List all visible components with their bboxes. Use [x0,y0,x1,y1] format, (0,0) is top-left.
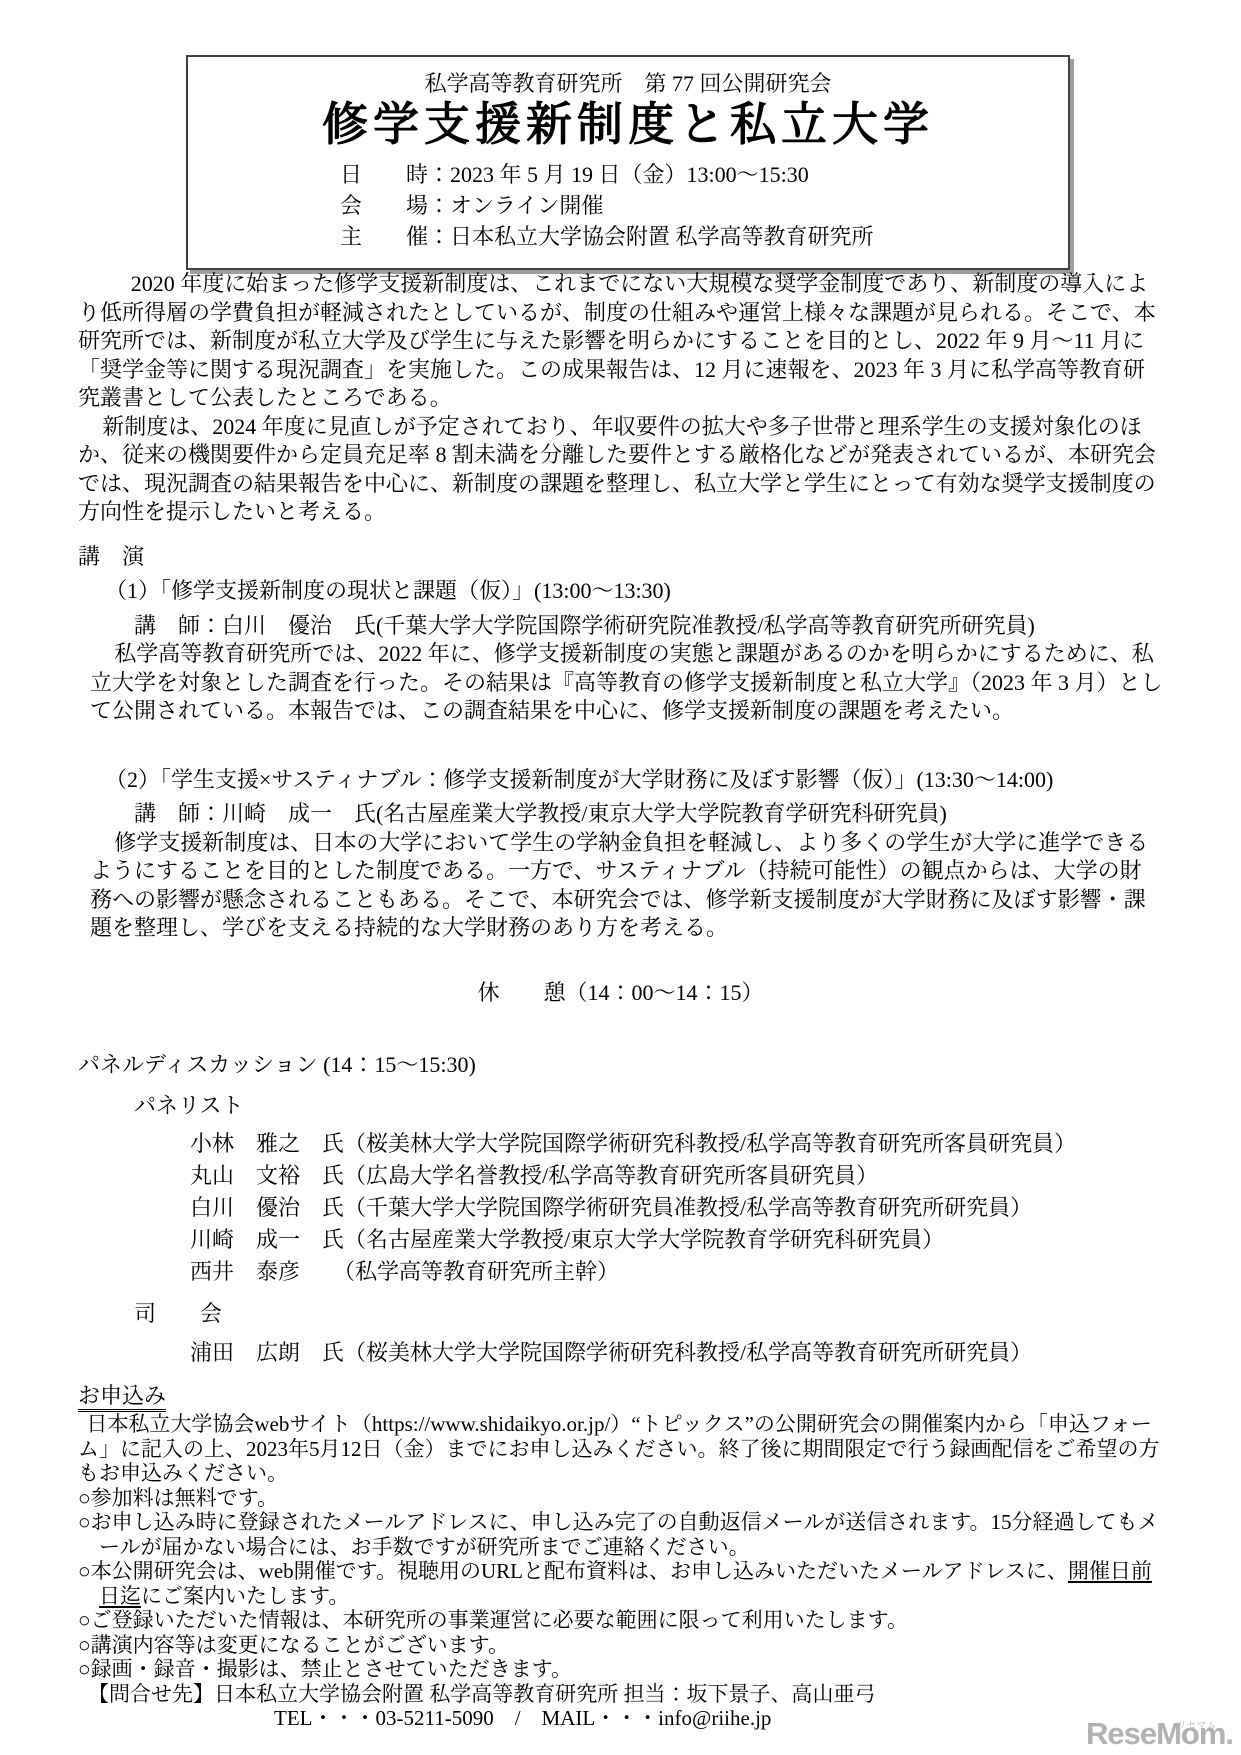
note-fee: ○参加料は無料です。 [78,1486,1163,1511]
apply-intro: 日本私立大学協会webサイト（https://www.shidaikyo.or.… [78,1412,1163,1486]
event-meta: 日 時：2023 年 5 月 19 日（金）13:00～15:30 会 場：オン… [340,159,1068,252]
intro-paragraph-2: 新制度は、2024 年度に見直しが予定されており、年収要件の拡大や多子世帯と理系… [78,413,1163,527]
moderator-label: 司 会 [78,1300,1163,1329]
lecture-1-title: （1）「修学支援新制度の現状と課題（仮）」(13:00～13:30) [78,577,1163,606]
note-web-delivery-pre: ○本公開研究会は、web開催です。視聴用のURLと配布資料は、お申し込みいただい… [78,1559,1068,1583]
lecture-2-title: （2）「学生支援×サスティナブル：修学支援新制度が大学財務に及ぼす影響（仮）」(… [78,766,1163,795]
panel-discussion-title: パネルディスカッション (14：15～15:30) [78,1051,1163,1080]
panelist-label: パネリスト [78,1092,1163,1121]
series-line: 私学高等教育研究所 第 77 回公開研究会 [188,71,1068,97]
lecture-2-description: 修学支援新制度は、日本の大学において学生の学納金負担を軽減し、より多くの学生が大… [78,829,1163,943]
watermark-ruby: リセマム [1177,1710,1217,1741]
flyer-page: 私学高等教育研究所 第 77 回公開研究会 修学支援新制度と私立大学 日 時：2… [0,0,1241,1755]
lecture-1-speaker: 講 師：白川 優治 氏(千葉大学大学院国際学術研究院准教授/私学高等教育研究所研… [78,612,1163,641]
note-web-delivery: ○本公開研究会は、web開催です。視聴用のURLと配布資料は、お申し込みいただい… [78,1559,1163,1608]
meta-venue: 会 場：オンライン開催 [340,190,1068,221]
document-body: 2020 年度に始まった修学支援新制度は、これまでにない大規模な奨学金制度であり… [0,270,1241,1731]
section-label-lectures: 講 演 [78,543,1163,572]
apply-heading: お申込み [78,1383,166,1412]
meta-host: 主 催：日本私立大学協会附置 私学高等教育研究所 [340,221,1068,252]
resemom-watermark: リセマム ReseMom. [1086,1718,1233,1749]
lecture-2-speaker: 講 師：川崎 成一 氏(名古屋産業大学教授/東京大学大学院教育学研究科研究員) [78,800,1163,829]
break-line: 休 憩（14：00～14：15） [78,979,1163,1008]
note-privacy: ○ご登録いただいた情報は、本研究所の事業運営に必要な範囲に限って利用いたします。 [78,1608,1163,1633]
note-web-delivery-post: にご案内いたします。 [141,1584,349,1608]
note-changes: ○講演内容等は変更になることがございます。 [78,1633,1163,1658]
event-title: 修学支援新制度と私立大学 [188,99,1068,151]
panelist-row: 小林 雅之 氏（桜美林大学大学院国際学術研究科教授/私学高等教育研究所客員研究員… [190,1128,1163,1160]
panelist-row: 白川 優治 氏（千葉大学大学院国際学術研究員准教授/私学高等教育研究所研究員） [190,1192,1163,1224]
lecture-1-description: 私学高等教育研究所では、2022 年に、修学支援新制度の実態と課題があるのかを明… [78,640,1163,726]
intro-paragraph-1: 2020 年度に始まった修学支援新制度は、これまでにない大規模な奨学金制度であり… [78,270,1163,413]
panelist-row: 川崎 成一 氏（名古屋産業大学教授/東京大学大学院教育学研究科研究員） [190,1224,1163,1256]
lecture-2: （2）「学生支援×サスティナブル：修学支援新制度が大学財務に及ぼす影響（仮）」(… [78,766,1163,943]
contact-tel-line: TEL・・・03-5211-5090 / MAIL・・・info@riihe.j… [78,1706,1163,1731]
panelist-row: 丸山 文裕 氏（広島大学名誉教授/私学高等教育研究所客員研究員） [190,1160,1163,1192]
meta-date: 日 時：2023 年 5 月 19 日（金）13:00～15:30 [340,159,1068,190]
contact-line: 【問合せ先】日本私立大学協会附置 私学高等教育研究所 担当：坂下景子、高山亜弓 [78,1682,1163,1707]
moderator-row: 浦田 広朗 氏（桜美林大学大学院国際学術研究科教授/私学高等教育研究所研究員） [78,1339,1163,1368]
panelist-list: 小林 雅之 氏（桜美林大学大学院国際学術研究科教授/私学高等教育研究所客員研究員… [78,1128,1163,1288]
application-section: お申込み 日本私立大学協会webサイト（https://www.shidaiky… [78,1383,1163,1731]
note-recording: ○録画・録音・撮影は、禁止とさせていただきます。 [78,1657,1163,1682]
note-autoreply: ○お申し込み時に登録されたメールアドレスに、申し込み完了の自動返信メールが送信さ… [78,1510,1163,1559]
lecture-1: （1）「修学支援新制度の現状と課題（仮）」(13:00～13:30) 講 師：白… [78,577,1163,726]
panelist-row: 西井 泰彦 （私学高等教育研究所主幹） [190,1256,1163,1288]
header-box: 私学高等教育研究所 第 77 回公開研究会 修学支援新制度と私立大学 日 時：2… [186,55,1070,270]
